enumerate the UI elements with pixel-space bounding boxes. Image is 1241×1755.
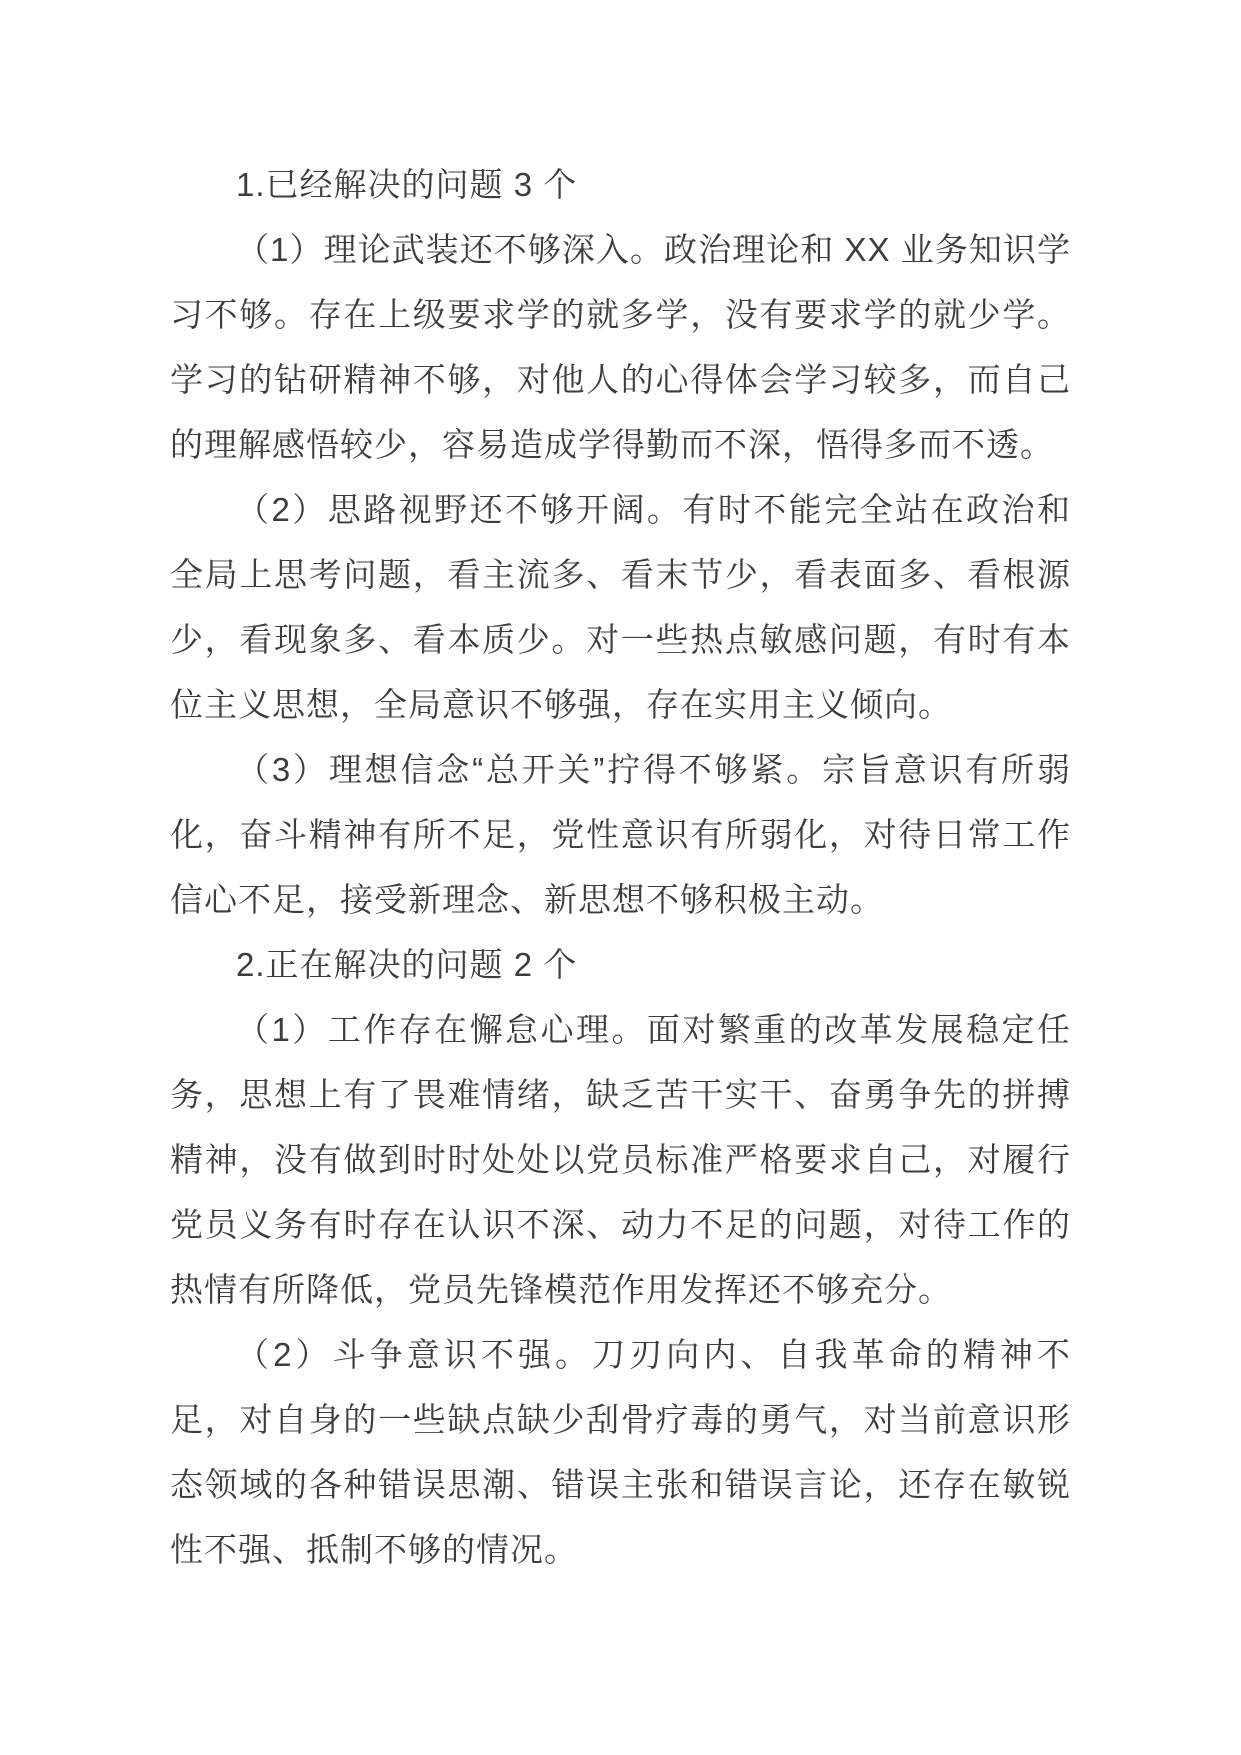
document-page: 1.已经解决的问题 3 个 （1）理论武装还不够深入。政治理论和 XX 业务知识…	[0, 0, 1241, 1755]
section-1-heading: 1.已经解决的问题 3 个	[170, 152, 1071, 217]
problem-1-2-paragraph: （2）思路视野还不够开阔。有时不能完全站在政治和全局上思考问题，看主流多、看末节…	[170, 477, 1071, 737]
section-2-heading: 2.正在解决的问题 2 个	[170, 932, 1071, 997]
problem-2-1-paragraph: （1）工作存在懈怠心理。面对繁重的改革发展稳定任务，思想上有了畏难情绪，缺乏苦干…	[170, 997, 1071, 1322]
document-text-block: 1.已经解决的问题 3 个 （1）理论武装还不够深入。政治理论和 XX 业务知识…	[170, 152, 1071, 1582]
problem-1-1-paragraph: （1）理论武装还不够深入。政治理论和 XX 业务知识学习不够。存在上级要求学的就…	[170, 217, 1071, 477]
problem-2-2-paragraph: （2）斗争意识不强。刀刃向内、自我革命的精神不足，对自身的一些缺点缺少刮骨疗毒的…	[170, 1322, 1071, 1582]
problem-1-3-paragraph: （3）理想信念“总开关”拧得不够紧。宗旨意识有所弱化，奋斗精神有所不足，党性意识…	[170, 737, 1071, 932]
